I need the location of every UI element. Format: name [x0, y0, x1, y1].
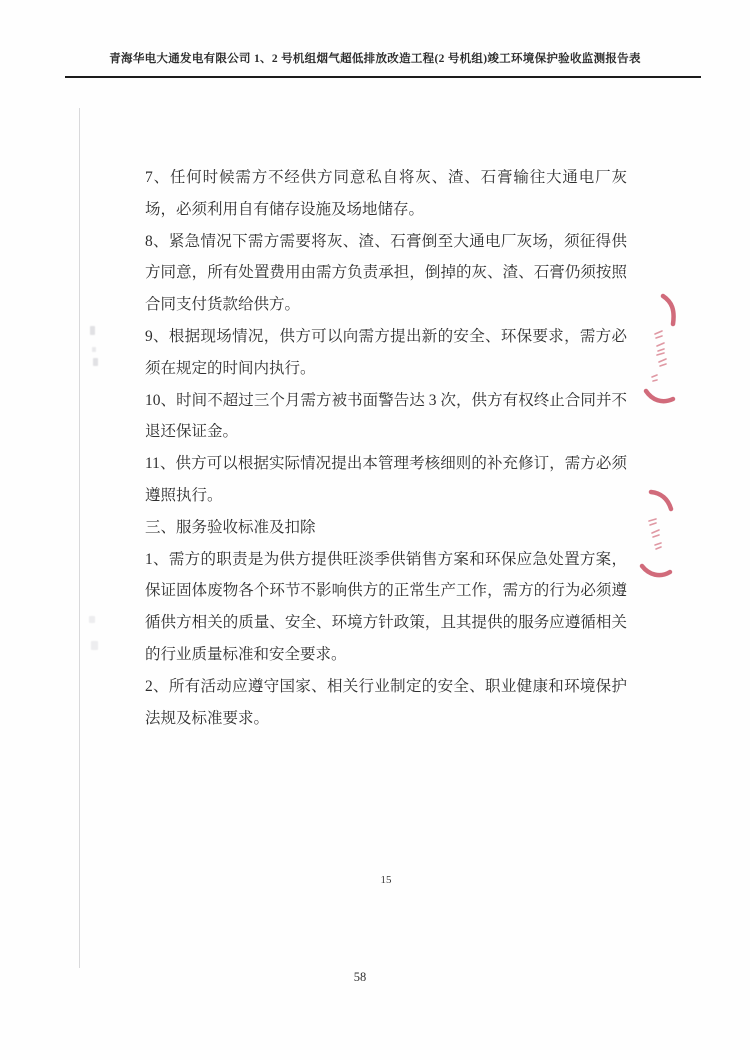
- paragraph: 7、任何时候需方不经供方同意私自将灰、渣、石膏输往大通电厂灰场，必须利用自有储存…: [145, 162, 627, 226]
- paragraph: 2、所有活动应遵守国家、相关行业制定的安全、职业健康和环境保护法规及标准要求。: [145, 671, 627, 735]
- red-seal-fragment-icon: [638, 488, 676, 584]
- document-header-title: 青海华电大通发电有限公司 1、2 号机组烟气超低排放改造工程(2 号机组)竣工环…: [40, 50, 710, 66]
- paragraph: 8、紧急情况下需方需要将灰、渣、石膏倒至大通电厂灰场，须征得供方同意，所有处置费…: [145, 226, 627, 321]
- paragraph: 10、时间不超过三个月需方被书面警告达 3 次，供方有权终止合同并不退还保证金。: [145, 385, 627, 449]
- red-seal-fragment-icon: [642, 293, 680, 409]
- scan-artifact: [91, 641, 98, 650]
- header-divider-line: [65, 76, 701, 78]
- scan-fold-line: [79, 108, 80, 968]
- scan-artifact: [93, 358, 98, 366]
- page-number: 58: [300, 970, 420, 985]
- paragraph: 9、根据现场情况，供方可以向需方提出新的安全、环保要求，需方必须在规定的时间内执…: [145, 321, 627, 385]
- scan-artifact: [90, 326, 95, 335]
- scan-artifact: [89, 616, 95, 623]
- paragraph: 11、供方可以根据实际情况提出本管理考核细则的补充修订，需方必须遵照执行。: [145, 448, 627, 512]
- scanned-document-page: 青海华电大通发电有限公司 1、2 号机组烟气超低排放改造工程(2 号机组)竣工环…: [0, 0, 750, 1060]
- inner-page-number: 15: [145, 874, 627, 886]
- scan-artifact: [92, 347, 96, 352]
- document-body: 7、任何时候需方不经供方同意私自将灰、渣、石膏输往大通电厂灰场，必须利用自有储存…: [145, 162, 627, 734]
- paragraph: 1、需方的职责是为供方提供旺淡季供销售方案和环保应急处置方案，保证固体废物各个环…: [145, 544, 627, 671]
- section-heading: 三、服务验收标准及扣除: [145, 512, 627, 544]
